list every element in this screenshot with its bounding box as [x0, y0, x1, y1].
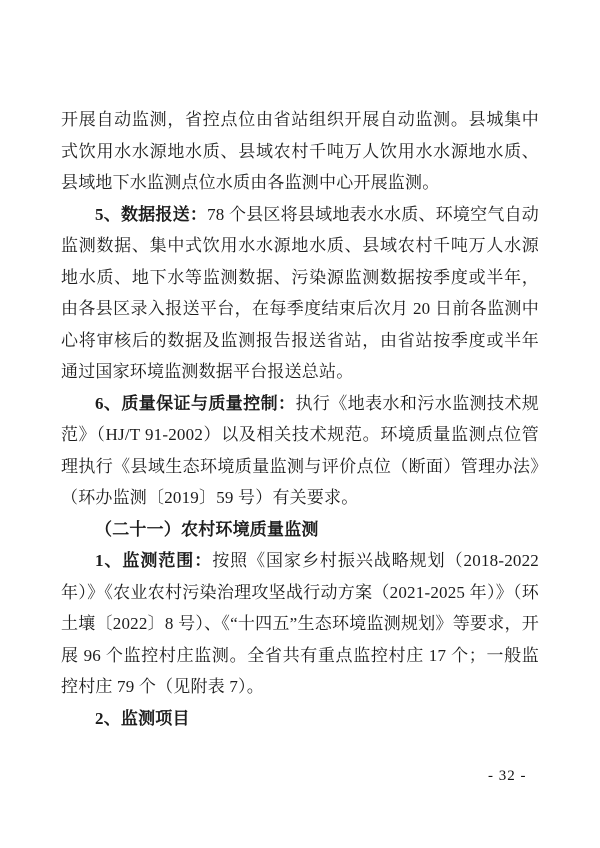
section-heading-rural-environment: （二十一）农村环境质量监测 — [61, 514, 539, 546]
page-number: - 32 - — [488, 768, 527, 785]
section-heading-text: （二十一）农村环境质量监测 — [95, 520, 319, 539]
paragraph-text: 按照《国家乡村振兴战略规划（2018-2022 年）》《农业农村污染治理攻坚战行… — [61, 551, 539, 696]
document-page: 开展自动监测，省控点位由省站组织开展自动监测。县城集中式饮用水水源地水质、县域农… — [0, 0, 600, 848]
paragraph-text: 开展自动监测，省控点位由省站组织开展自动监测。县城集中式饮用水水源地水质、县域农… — [61, 110, 539, 192]
paragraph-lead: 5、数据报送： — [95, 205, 207, 224]
paragraph: 开展自动监测，省控点位由省站组织开展自动监测。县城集中式饮用水水源地水质、县域农… — [61, 104, 539, 199]
paragraph-text: 78 个县区将县域地表水水质、环境空气自动监测数据、集中式饮用水水源地水质、县域… — [61, 205, 539, 382]
paragraph-lead: 6、质量保证与质量控制： — [95, 394, 295, 413]
paragraph-quality-control: 6、质量保证与质量控制：执行《地表水和污水监测技术规范》（HJ/T 91-200… — [61, 388, 539, 514]
page-body-text: 开展自动监测，省控点位由省站组织开展自动监测。县城集中式饮用水水源地水质、县域农… — [61, 104, 539, 734]
paragraph-monitoring-scope: 1、监测范围：按照《国家乡村振兴战略规划（2018-2022 年）》《农业农村污… — [61, 545, 539, 703]
subsection-heading-text: 2、监测项目 — [95, 709, 190, 728]
subsection-heading-monitoring-items: 2、监测项目 — [61, 703, 539, 735]
paragraph-data-reporting: 5、数据报送：78 个县区将县域地表水水质、环境空气自动监测数据、集中式饮用水水… — [61, 199, 539, 388]
paragraph-lead: 1、监测范围： — [95, 551, 212, 570]
